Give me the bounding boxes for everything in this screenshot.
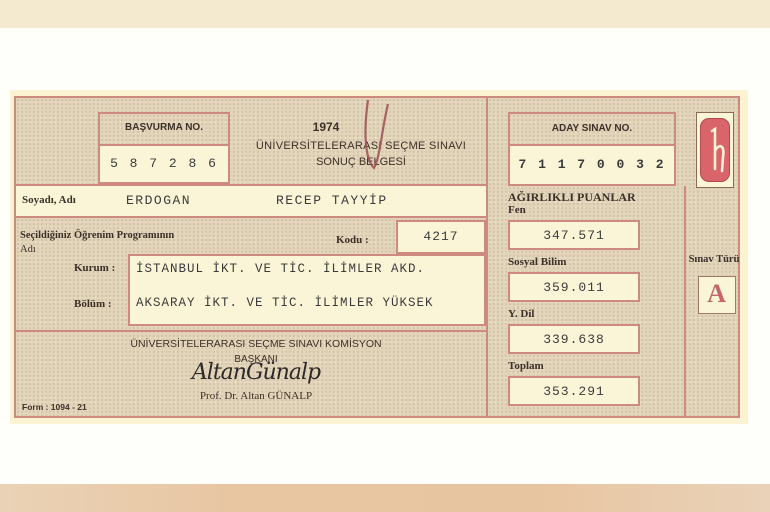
application-number-label: BAŞVURMA NO. — [100, 122, 228, 133]
score-value-total: 353.291 — [510, 384, 638, 399]
right-column-divider — [486, 98, 488, 416]
score-field-science: 347.571 — [508, 220, 640, 250]
institution-label: Kurum : — [74, 262, 115, 274]
program-code-field: 4217 — [396, 220, 486, 254]
candidate-number-box: ADAY SINAV NO. 7 1 1 7 0 0 3 2 — [508, 112, 676, 186]
page-bottom-band — [0, 484, 770, 512]
score-label-social: Sosyal Bilim — [508, 256, 566, 268]
application-number-box: BAŞVURMA NO. 5 8 7 2 8 6 — [98, 112, 230, 184]
program-name-label: Adı — [20, 244, 36, 255]
application-number-field: 5 8 7 2 8 6 — [100, 144, 228, 182]
committee-divider — [16, 330, 486, 332]
score-value-language: 339.638 — [510, 332, 638, 347]
check-mark-icon — [356, 98, 396, 172]
exam-type-divider — [684, 186, 686, 416]
signature: AltanGünalp — [166, 360, 346, 385]
department-label: Bölüm : — [74, 298, 112, 310]
score-label-total: Toplam — [508, 360, 544, 372]
university-logo-icon — [700, 118, 730, 182]
score-label-science: Fen — [508, 204, 526, 216]
exam-result-certificate: BAŞVURMA NO. 5 8 7 2 8 6 1974 ÜNİVERSİTE… — [10, 90, 748, 424]
application-number-value: 5 8 7 2 8 6 — [100, 156, 228, 171]
name-label: Soyadı, Adı — [22, 194, 76, 206]
weighted-scores-heading: AĞIRLIKLI PUANLAR — [508, 190, 636, 205]
exam-type-field: A — [698, 276, 736, 314]
candidate-number-field: 7 1 1 7 0 0 3 2 — [510, 144, 674, 184]
score-field-social: 359.011 — [508, 272, 640, 302]
committee-title: ÜNİVERSİTELERARASI SEÇME SINAVI KOMİSYON — [76, 338, 436, 350]
program-code-label: Kodu : — [336, 234, 369, 246]
candidate-number-value: 7 1 1 7 0 0 3 2 — [510, 157, 674, 172]
page-top-band — [0, 0, 770, 28]
surname-value: ERDOGAN — [126, 193, 191, 208]
score-value-science: 347.571 — [510, 228, 638, 243]
score-value-social: 359.011 — [510, 280, 638, 295]
program-code-value: 4217 — [398, 229, 484, 244]
institution-value: İSTANBUL İKT. VE TİC. İLİMLER AKD. — [136, 262, 425, 276]
score-field-language: 339.638 — [508, 324, 640, 354]
name-row: Soyadı, Adı ERDOGAN RECEP TAYYİP — [16, 186, 486, 218]
signer-name: Prof. Dr. Altan GÜNALP — [166, 390, 346, 402]
department-value: AKSARAY İKT. VE TİC. İLİMLER YÜKSEK — [136, 296, 434, 310]
score-field-total: 353.291 — [508, 376, 640, 406]
given-name-value: RECEP TAYYİP — [276, 193, 388, 208]
candidate-number-label: ADAY SINAV NO. — [510, 123, 674, 134]
certificate-frame: BAŞVURMA NO. 5 8 7 2 8 6 1974 ÜNİVERSİTE… — [14, 96, 740, 418]
exam-type-value: A — [699, 279, 734, 309]
institution-department-field: İSTANBUL İKT. VE TİC. İLİMLER AKD. AKSAR… — [128, 254, 486, 326]
program-label: Seçildiğiniz Öğrenim Programının — [20, 230, 174, 241]
form-number: Form : 1094 - 21 — [22, 402, 87, 412]
score-label-language: Y. Dil — [508, 308, 535, 320]
exam-type-label: Sınav Türü — [686, 254, 742, 265]
